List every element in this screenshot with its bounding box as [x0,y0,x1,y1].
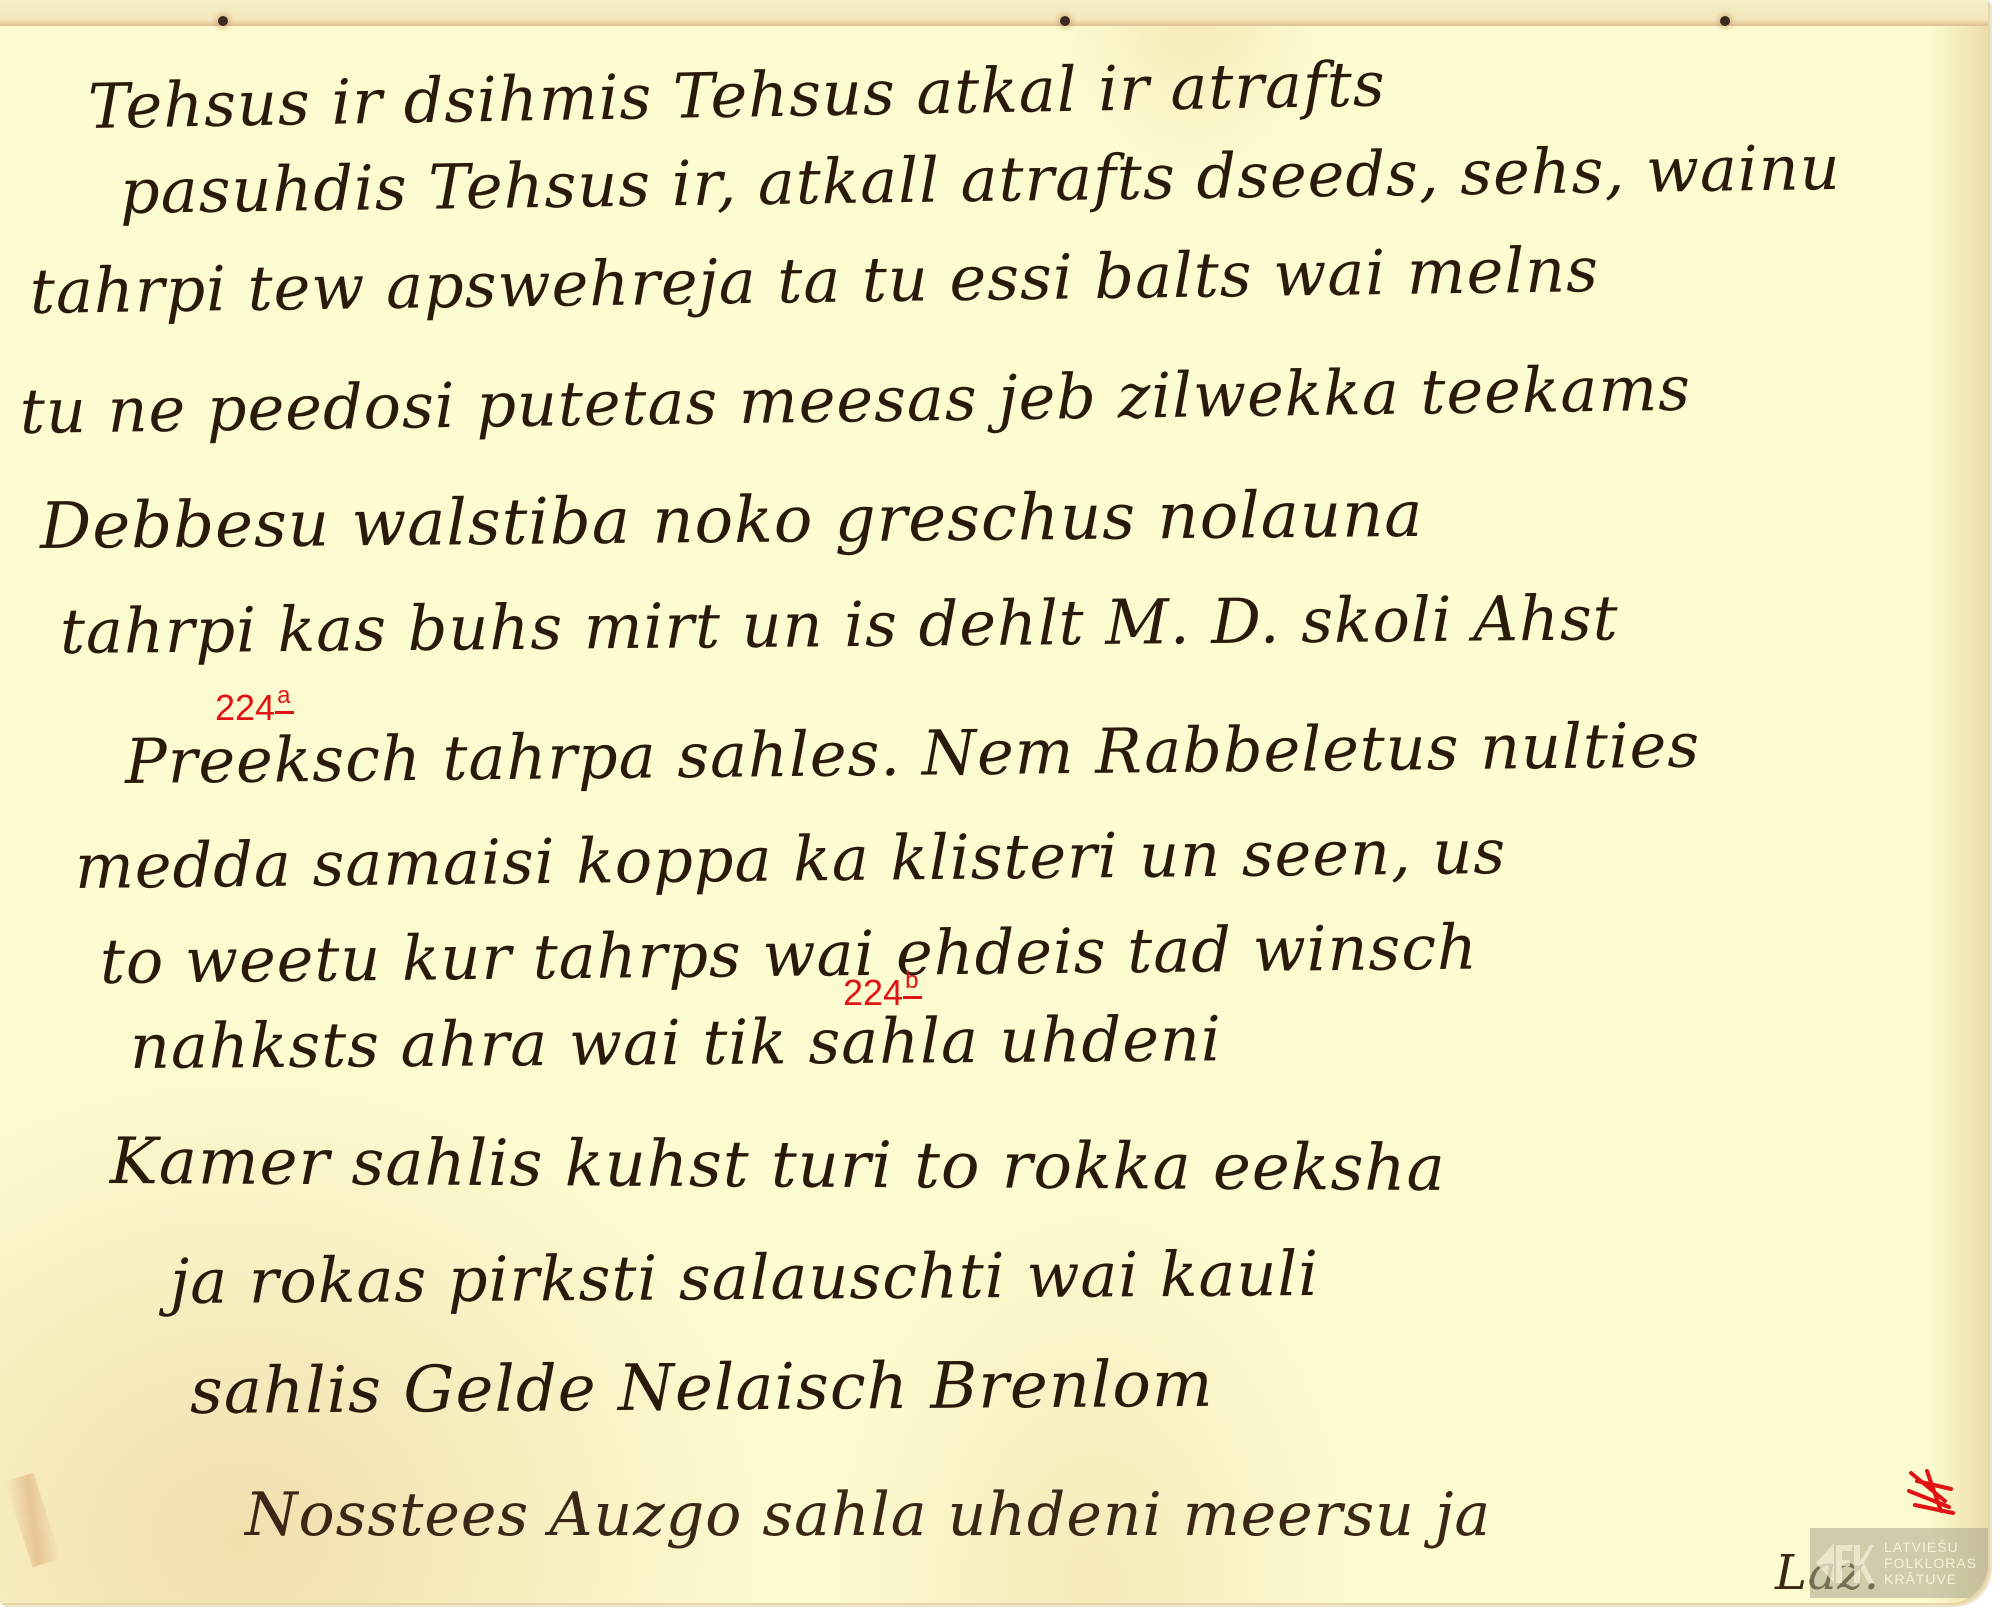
manuscript-line-12: ja rokas pirksti salauschti wai kauli [170,1237,1320,1318]
annotation-suffix: b [903,967,922,999]
manuscript-line-3: tahrpi tew apswehreja ta tu essi balts w… [29,233,1599,328]
manuscript-line-1: Tehsus ir dsihmis Tehsus atkal ir atraft… [87,47,1386,143]
annotation-number: 224 [215,687,275,728]
page-top-edge [0,0,1988,26]
manuscript-line-6: tahrpi kas buhs mirt un is dehlt M. D. s… [60,581,1619,668]
manuscript-line-11: Kamer sahlis kuhst turi to rokka eeksha [110,1125,1446,1206]
paper-stain [5,1473,61,1568]
catalog-annotation-224a: 224a [215,690,294,726]
manuscript-line-10: nahksts ahra wai tik sahla uhdeni [130,1002,1222,1083]
manuscript-line-13: sahlis Gelde Nelaisch Brenlom [190,1348,1214,1429]
staple-hole-icon [1060,16,1070,26]
manuscript-line-5: Debbesu walstiba noko greschus nolauna [40,478,1424,564]
staple-hole-icon [218,16,228,26]
annotation-suffix: a [275,682,294,714]
manuscript-line-14: Nosstees Auzgo sahla uhdeni meersu ja [245,1480,1491,1550]
red-scribble-mark-icon [1905,1467,1957,1519]
watermark-text: LATVIEŠU FOLKLORAS KRĀTUVE [1884,1539,1977,1587]
manuscript-line-4: tu ne peedosi putetas meesas jeb zilwekk… [19,352,1691,448]
staple-hole-icon [1720,16,1730,26]
manuscript-line-7: Preeksch tahrpa sahles. Nem Rabbeletus n… [125,709,1701,798]
manuscript-line-2: pasuhdis Tehsus ir, atkall atrafts dseed… [119,131,1841,228]
lfk-logo-icon [1814,1533,1874,1593]
watermark-line-2: FOLKLORAS [1884,1555,1977,1571]
manuscript-line-8: medda samaisi koppa ka klisteri un seen,… [75,815,1507,903]
archive-watermark: LATVIEŠU FOLKLORAS KRĀTUVE [1810,1528,1988,1598]
watermark-line-1: LATVIEŠU [1884,1539,1977,1555]
manuscript-line-9: to weetu kur tahrps wai ehdeis tad winsc… [100,911,1479,998]
manuscript-page: Tehsus ir dsihmis Tehsus atkal ir atraft… [0,0,1988,1603]
watermark-line-3: KRĀTUVE [1884,1571,1977,1587]
